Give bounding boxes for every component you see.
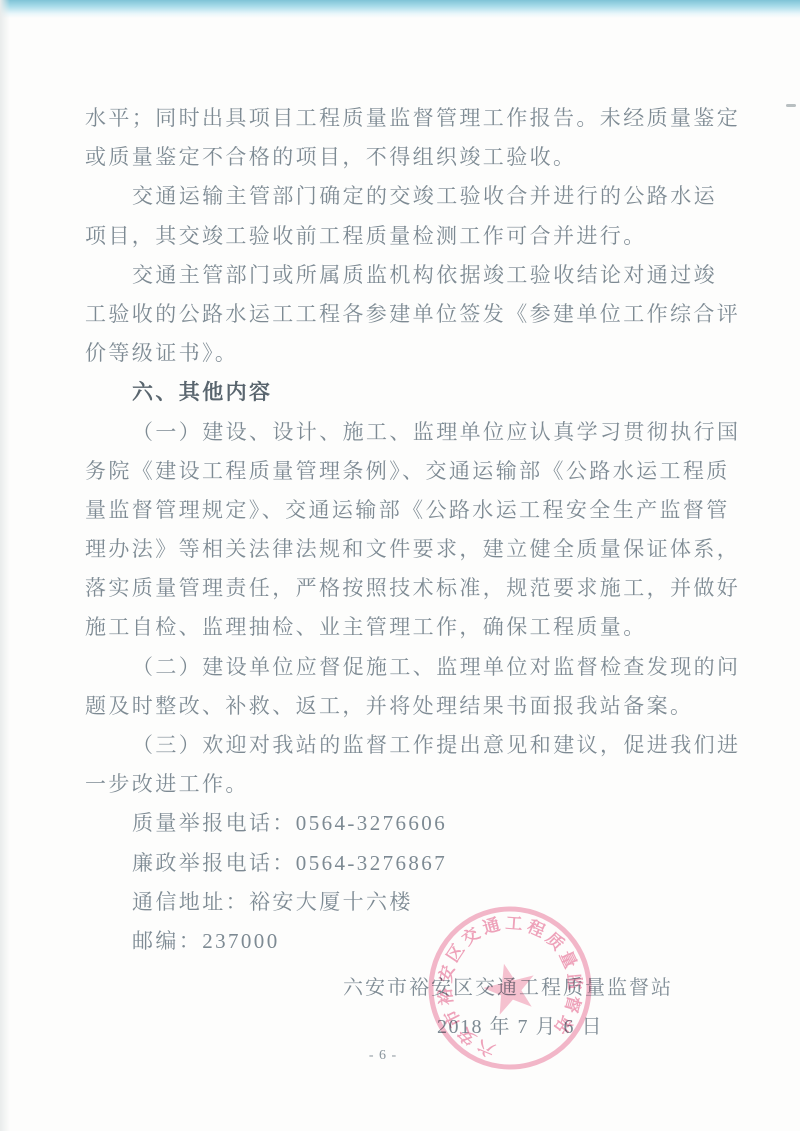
text-line: 理办法》等相关法律法规和文件要求，建立健全质量保证体系， <box>85 530 733 569</box>
text-line: 交通主管部门或所属质监机构依据竣工验收结论对通过竣 <box>85 256 733 295</box>
signature-organization: 六安市裕安区交通工程质量监督站 <box>343 971 673 1000</box>
signature-date: 2018 年 7 月 6 日 <box>437 1010 603 1039</box>
text-line: 工验收的公路水运工工程各参建单位签发《参建单位工作综合评 <box>85 295 733 334</box>
quality-hotline-line: 质量举报电话：0564-3276606 <box>85 804 733 843</box>
integrity-hotline-line: 廉政举报电话：0564-3276867 <box>85 844 733 883</box>
text-line: 水平；同时出具项目工程质量监督管理工作报告。未经质量鉴定 <box>85 99 733 138</box>
text-line: 或质量鉴定不合格的项目，不得组织竣工验收。 <box>85 138 733 177</box>
scan-edge-shade <box>0 0 10 1131</box>
text-line: 量监督管理规定》、交通运输部《公路水运工程安全生产监督管 <box>85 491 733 530</box>
text-line: 一步改进工作。 <box>85 765 733 804</box>
text-line: 落实质量管理责任，严格按照技术标准，规范要求施工，并做好 <box>85 569 733 608</box>
scan-edge-band <box>0 0 800 18</box>
text-line: （一）建设、设计、施工、监理单位应认真学习贯彻执行国 <box>85 413 733 452</box>
text-line: （三）欢迎对我站的监督工作提出意见和建议，促进我们进 <box>85 726 733 765</box>
postal-code-line: 邮编：237000 <box>85 922 733 961</box>
text-line: 项目，其交竣工验收前工程质量检测工作可合并进行。 <box>85 217 733 256</box>
text-line: 务院《建设工程质量管理条例》、交通运输部《公路水运工程质 <box>85 452 733 491</box>
text-line: 交通运输主管部门确定的交竣工验收合并进行的公路水运 <box>85 177 733 216</box>
scanned-document-page: 水平；同时出具项目工程质量监督管理工作报告。未经质量鉴定 或质量鉴定不合格的项目… <box>0 0 800 1131</box>
text-line: （二）建设单位应督促施工、监理单位对监督检查发现的问 <box>85 648 733 687</box>
text-line: 题及时整改、补救、返工，并将处理结果书面报我站备案。 <box>85 687 733 726</box>
page-number: - 6 - <box>0 1048 766 1064</box>
section-heading: 六、其他内容 <box>85 373 733 412</box>
text-line: 价等级证书》。 <box>85 334 733 373</box>
text-line: 施工自检、监理抽检、业主管理工作，确保工程质量。 <box>85 608 733 647</box>
scan-artifact <box>786 104 796 107</box>
mailing-address-line: 通信地址：裕安大厦十六楼 <box>85 883 733 922</box>
document-body: 水平；同时出具项目工程质量监督管理工作报告。未经质量鉴定 或质量鉴定不合格的项目… <box>85 99 733 961</box>
